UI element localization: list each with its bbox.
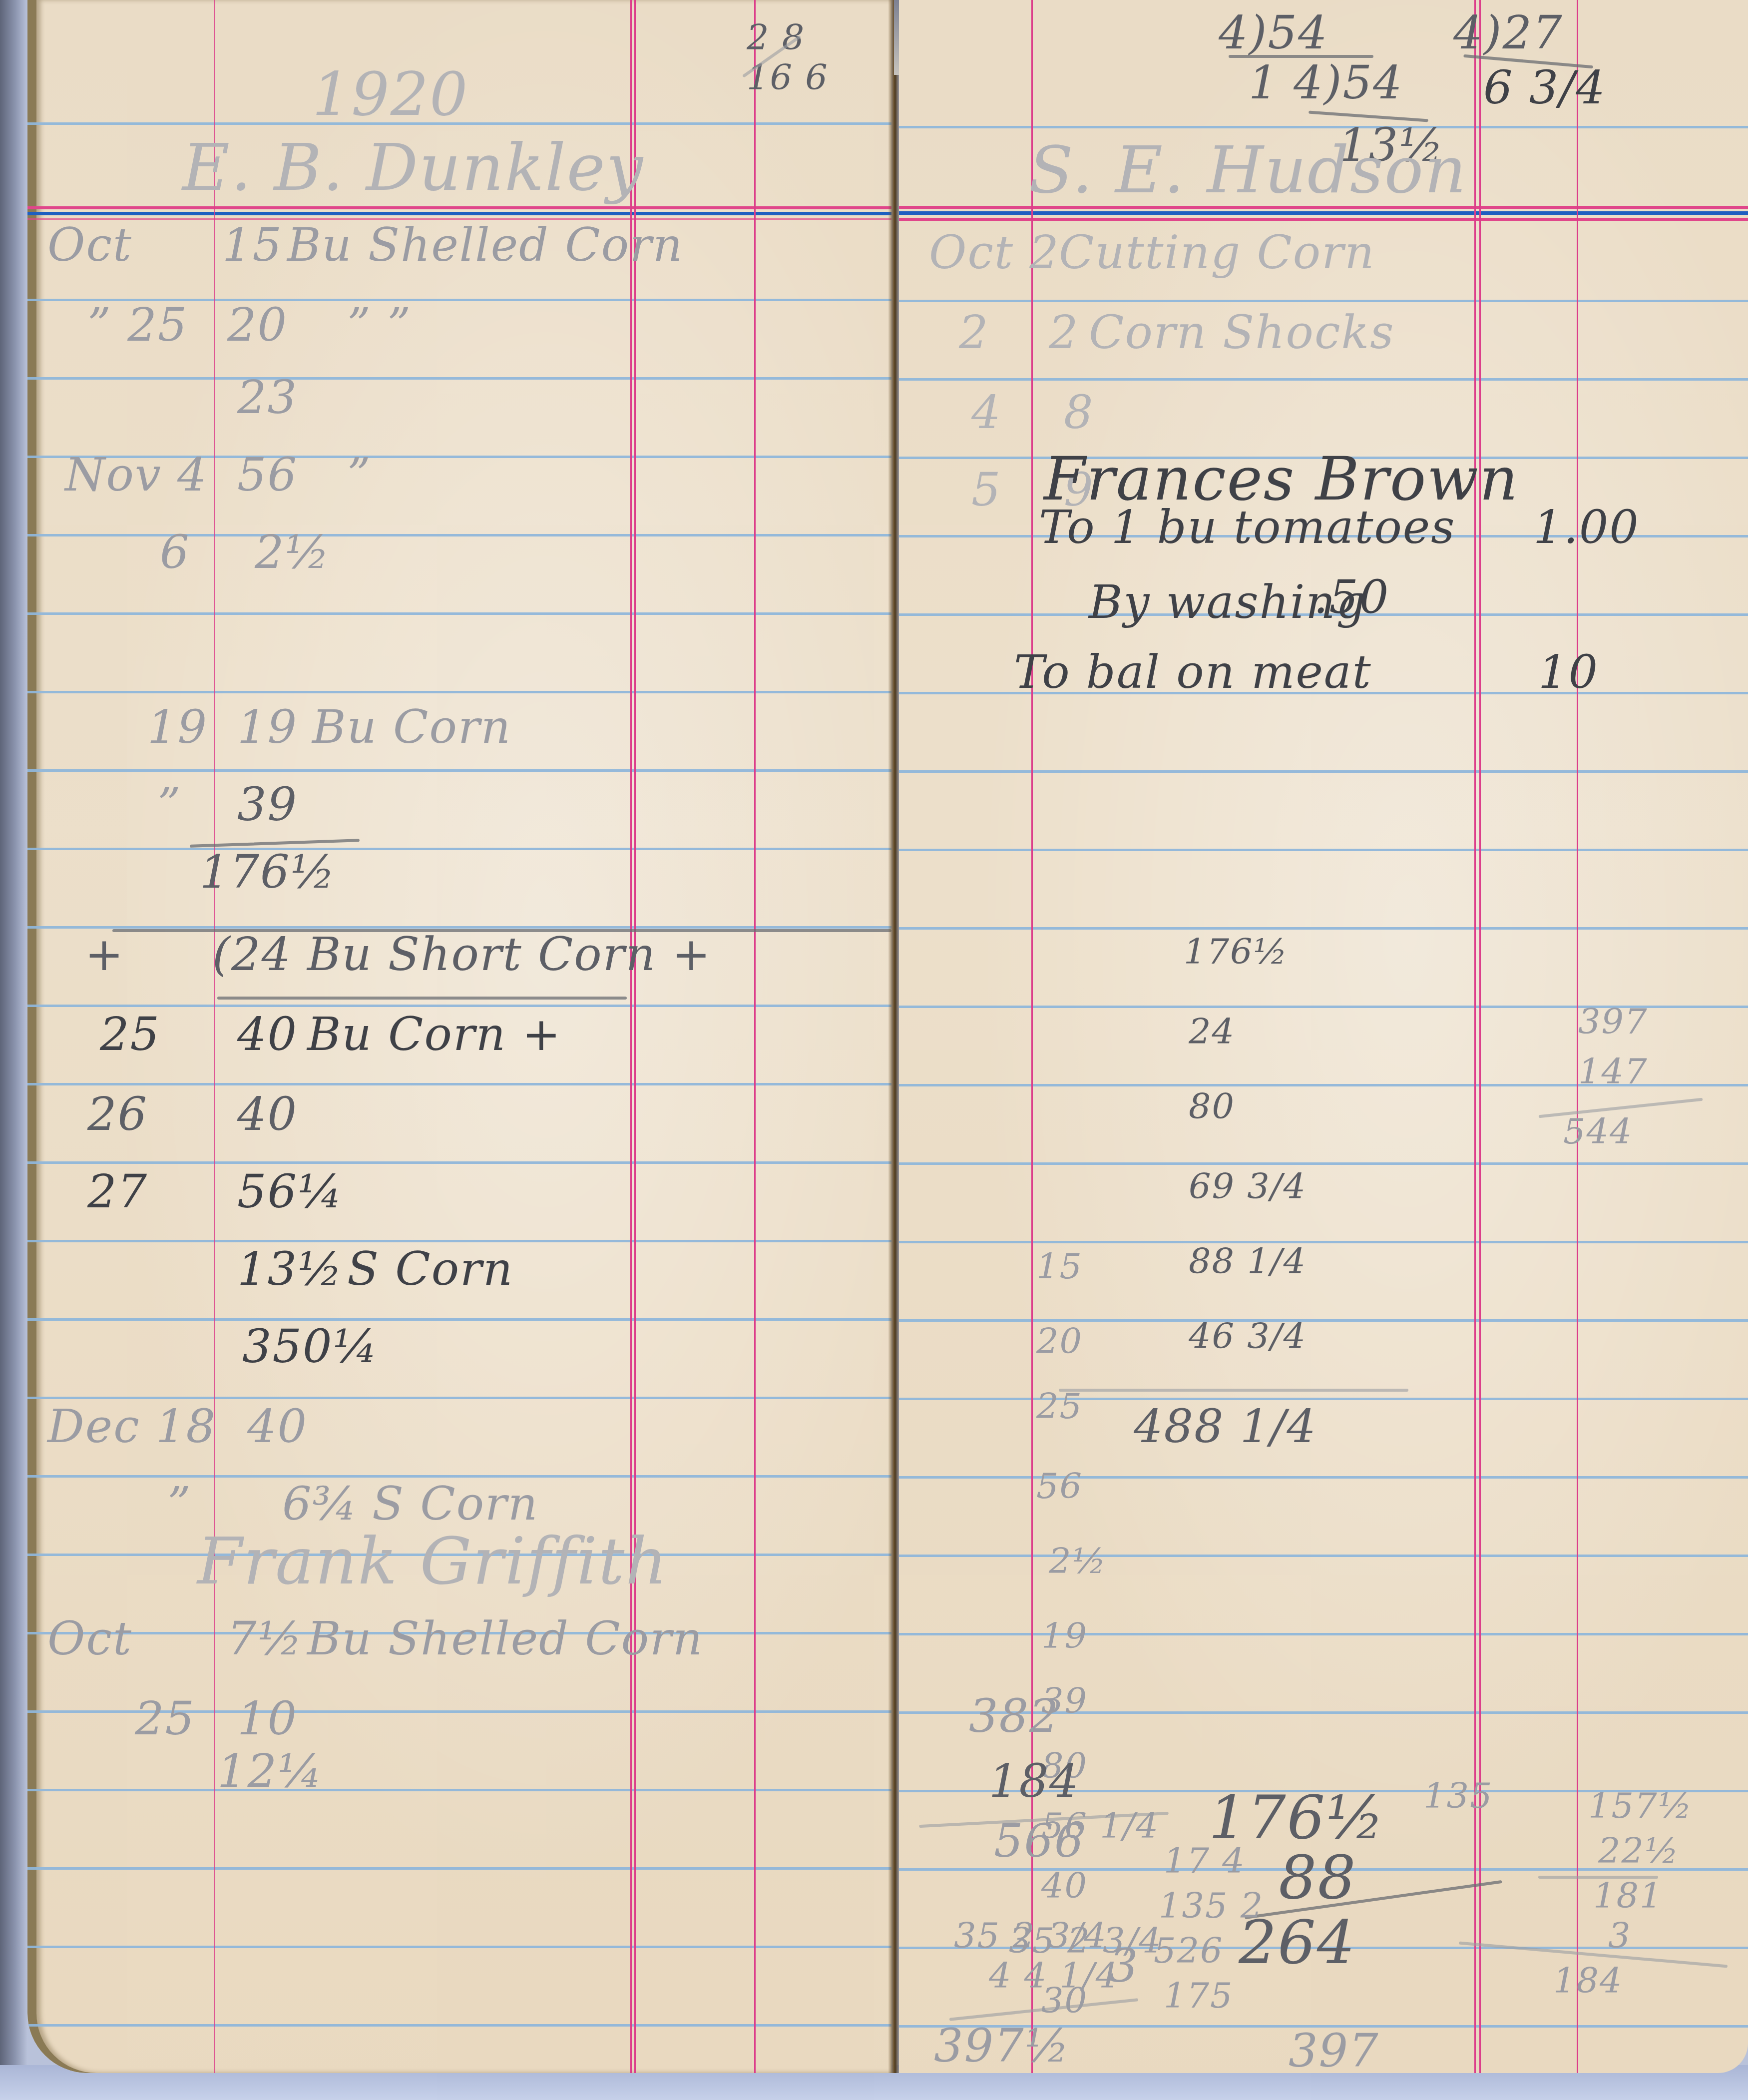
left-page-griffith-entries: 12¼ (27, 0, 891, 2073)
scratch-number: 566 (994, 1818, 1085, 1864)
scratch-number: 181 (1593, 1878, 1663, 1913)
scratch-number: 382 (969, 1693, 1060, 1739)
scratch-total: 397 (1289, 2028, 1379, 2074)
scratch-number: 526 (1154, 1933, 1224, 1968)
scratch-number: 157½ (1588, 1788, 1693, 1823)
scratch-number: 184 (1553, 1963, 1623, 1998)
scratch-number: 184 (989, 1758, 1080, 1804)
sum-underline (949, 1998, 1139, 2021)
scratch-total: 397½ (934, 2023, 1070, 2069)
scratch-number: 3 (1608, 1918, 1632, 1953)
entry-amount: 12¼ (217, 1748, 323, 1794)
scratch-number: 135 2 (1159, 1888, 1264, 1923)
scratch-number: 35 2 3/4 (954, 1918, 1107, 1953)
scratch-number: 3 (1109, 1943, 1139, 1989)
scratch-number: 135 (1423, 1778, 1493, 1813)
scratch-number: 4 4 1/4 (989, 1958, 1119, 1993)
scratch-number: 22½ (1598, 1833, 1680, 1868)
scratch-number: 175 (1164, 1978, 1234, 2013)
scratch-number: 17 4 (1164, 1843, 1246, 1878)
right-page-lower-scratch: 382 184 566 135 157½ 22½ 181 3 184 17 4 … (899, 0, 1748, 2073)
